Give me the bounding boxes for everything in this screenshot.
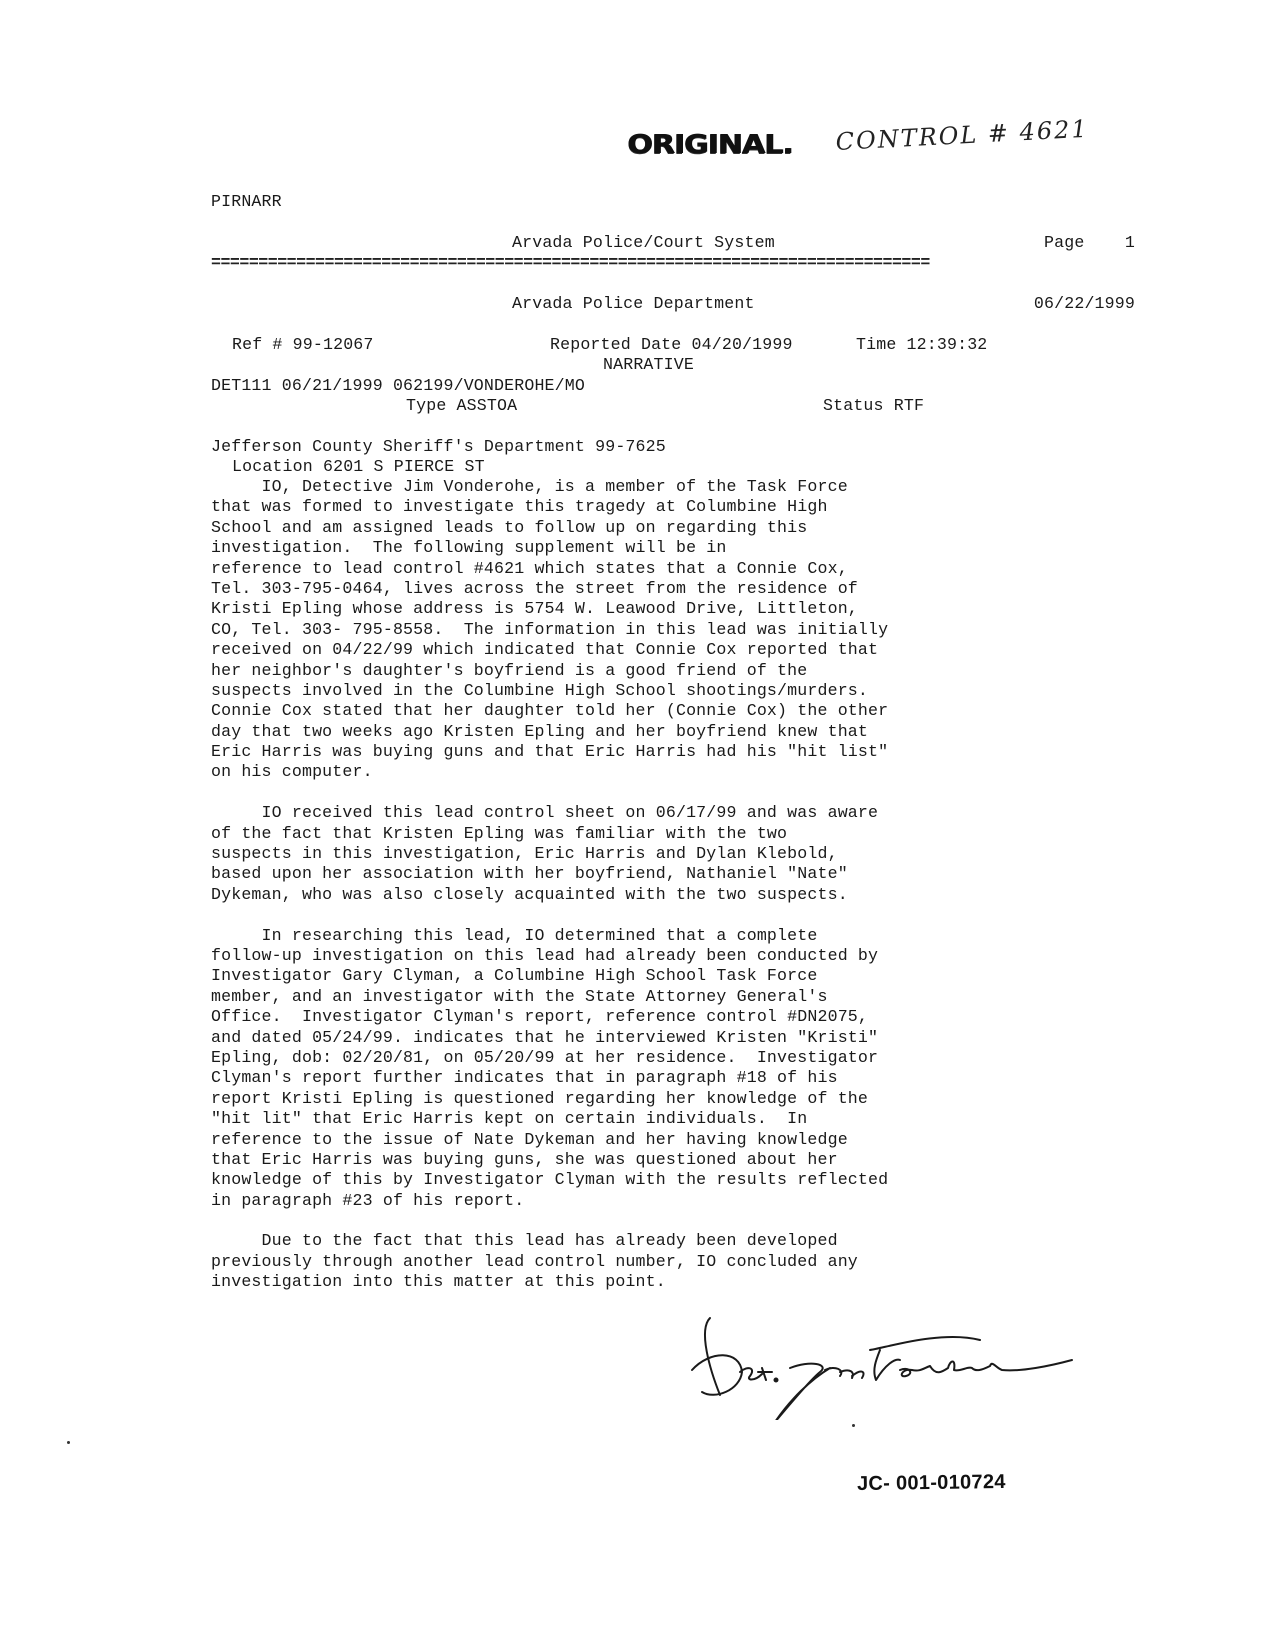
narrative-line: Epling, dob: 02/20/81, on 05/20/99 at he…: [211, 1048, 1211, 1068]
time-value: 12:39:32: [907, 335, 988, 354]
original-stamp: ORIGINAL.: [627, 130, 792, 160]
scan-speck: [852, 1424, 855, 1427]
narrative-line: based upon her association with her boyf…: [211, 864, 1211, 884]
time-field: Time 12:39:32: [856, 335, 987, 355]
narrative-line: that Eric Harris was buying guns, she wa…: [211, 1150, 1211, 1170]
narrative-paragraph: IO received this lead control sheet on 0…: [211, 803, 1211, 905]
narrative-line: Investigator Gary Clyman, a Columbine Hi…: [211, 966, 1211, 986]
narrative-line: investigation. The following supplement …: [211, 538, 1211, 558]
narrative-line: day that two weeks ago Kristen Epling an…: [211, 722, 1211, 742]
narrative-line: knowledge of this by Investigator Clyman…: [211, 1170, 1211, 1190]
narrative-line: suspects in this investigation, Eric Har…: [211, 844, 1211, 864]
narrative-paragraph: Due to the fact that this lead has alrea…: [211, 1231, 1211, 1292]
narrative-line: received on 04/22/99 which indicated tha…: [211, 640, 1211, 660]
system-name: Arvada Police/Court System: [512, 233, 775, 253]
department-name: Arvada Police Department: [512, 294, 775, 314]
document-type: NARRATIVE: [512, 355, 775, 375]
scan-speck: [67, 1441, 70, 1444]
narrative-line: that was formed to investigate this trag…: [211, 497, 1211, 517]
narrative-line: IO, Detective Jim Vonderohe, is a member…: [211, 477, 1211, 497]
narrative-line: School and am assigned leads to follow u…: [211, 518, 1211, 538]
bates-number: JC- 001-010724: [857, 1471, 1006, 1496]
location-field: Location 6201 S PIERCE ST: [232, 457, 485, 477]
narrative-line: Office. Investigator Clyman's report, re…: [211, 1007, 1211, 1027]
ref-value: 99-12067: [293, 335, 374, 354]
signature: Det. Jim Vonderohe: [680, 1310, 1080, 1420]
narrative-paragraph: In researching this lead, IO determined …: [211, 926, 1211, 1211]
narrative-line: and dated 05/24/99. indicates that he in…: [211, 1028, 1211, 1048]
narrative-line: IO received this lead control sheet on 0…: [211, 803, 1211, 823]
narrative-line: reference to the issue of Nate Dykeman a…: [211, 1130, 1211, 1150]
agency-case-line: Jefferson County Sheriff's Department 99…: [211, 437, 666, 457]
narrative-line: follow-up investigation on this lead had…: [211, 946, 1211, 966]
narrative-line: report Kristi Epling is questioned regar…: [211, 1089, 1211, 1109]
page-label: Page: [1044, 233, 1084, 252]
page-number: 1: [1125, 233, 1135, 252]
narrative-paragraph: IO, Detective Jim Vonderohe, is a member…: [211, 477, 1211, 783]
narrative-line: Eric Harris was buying guns and that Eri…: [211, 742, 1211, 762]
status-value: RTF: [894, 396, 924, 415]
reported-date-field: Reported Date 04/20/1999: [550, 335, 793, 355]
handwritten-control-note: CONTROL # 4621: [835, 115, 1089, 156]
narrative-line: Kristi Epling whose address is 5754 W. L…: [211, 599, 1211, 619]
reported-date-value: 04/20/1999: [692, 335, 793, 354]
narrative-line: in paragraph #23 of his report.: [211, 1191, 1211, 1211]
ref-field: Ref # 99-12067: [232, 335, 374, 355]
agency-header: Arvada Police/Court System Arvada Police…: [512, 192, 775, 396]
narrative-line: CO, Tel. 303- 795-8558. The information …: [211, 620, 1211, 640]
status-field: Status RTF: [823, 396, 924, 416]
print-date: 06/22/1999: [1015, 294, 1135, 314]
detective-entry-line: DET111 06/21/1999 062199/VONDEROHE/MO: [211, 376, 585, 396]
narrative-line: Connie Cox stated that her daughter told…: [211, 701, 1211, 721]
form-code: PIRNARR: [211, 192, 282, 212]
narrative-line: her neighbor's daughter's boyfriend is a…: [211, 661, 1211, 681]
narrative-body: IO, Detective Jim Vonderohe, is a member…: [211, 477, 1211, 1313]
narrative-line: Due to the fact that this lead has alrea…: [211, 1231, 1211, 1251]
narrative-line: on his computer.: [211, 762, 1211, 782]
narrative-line: Dykeman, who was also closely acquainted…: [211, 885, 1211, 905]
narrative-line: In researching this lead, IO determined …: [211, 926, 1211, 946]
narrative-line: of the fact that Kristen Epling was fami…: [211, 824, 1211, 844]
narrative-line: investigation into this matter at this p…: [211, 1272, 1211, 1292]
header-separator: ========================================…: [211, 253, 1136, 273]
type-value: ASSTOA: [457, 396, 518, 415]
narrative-line: member, and an investigator with the Sta…: [211, 987, 1211, 1007]
narrative-line: Tel. 303-795-0464, lives across the stre…: [211, 579, 1211, 599]
narrative-line: suspects involved in the Columbine High …: [211, 681, 1211, 701]
type-field: Type ASSTOA: [406, 396, 517, 416]
narrative-line: "hit lit" that Eric Harris kept on certa…: [211, 1109, 1211, 1129]
location-value: 6201 S PIERCE ST: [323, 457, 485, 476]
narrative-line: reference to lead control #4621 which st…: [211, 559, 1211, 579]
narrative-line: Clyman's report further indicates that i…: [211, 1068, 1211, 1088]
narrative-line: previously through another lead control …: [211, 1252, 1211, 1272]
